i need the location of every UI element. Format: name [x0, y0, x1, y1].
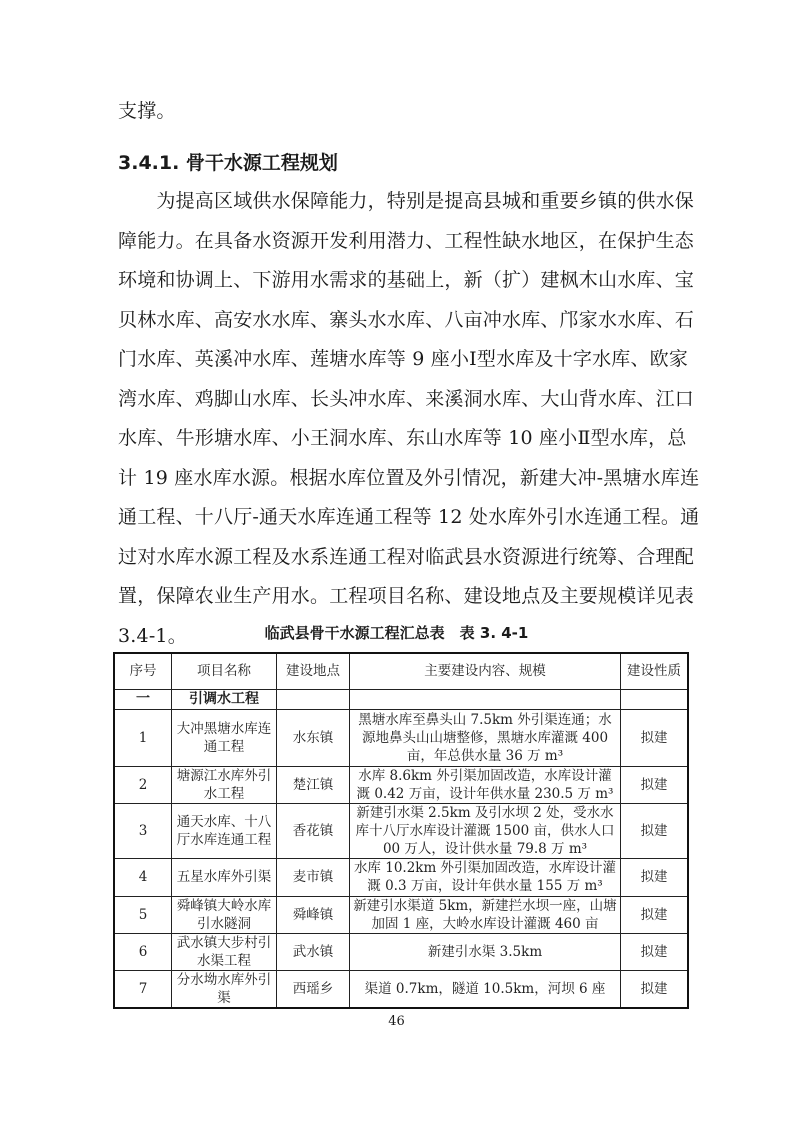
paragraph-line: 障能力。在具备水资源开发利用潜力、工程性缺水地区，在保护生态 [118, 222, 684, 262]
row-type: 拟建 [621, 766, 689, 803]
body-paragraph: 为提高区域供水保障能力，特别是提高县城和重要乡镇的供水保 障能力。在具备水资源开… [118, 182, 684, 656]
intro-line: 支撑。 [118, 92, 684, 132]
row-content: 水库 8.6km 外引渠加固改造，水库设计灌溉 0.42 万亩，设计年供水量 2… [350, 766, 621, 803]
row-project-name: 大冲黑塘水库连通工程 [172, 709, 277, 766]
paragraph-line: 为提高区域供水保障能力，特别是提高县城和重要乡镇的供水保 [118, 182, 684, 222]
row-location: 香花镇 [277, 803, 350, 858]
row-location: 水东镇 [277, 709, 350, 766]
header-content: 主要建设内容、规模 [350, 653, 621, 689]
paragraph-line: 水库、牛形塘水库、小王洞水库、东山水库等 10 座小Ⅱ型水库，总 [118, 419, 684, 459]
intro-text: 支撑。 [118, 92, 684, 132]
row-index: 1 [114, 709, 172, 766]
row-index: 2 [114, 766, 172, 803]
table-row: 7 分水坳水库外引渠 西瑶乡 渠道 0.7km，隧道 10.5km，河坝 6 座… [114, 970, 688, 1008]
empty-cell [350, 689, 621, 709]
row-project-name: 五星水库外引渠 [172, 858, 277, 896]
row-index: 5 [114, 896, 172, 933]
row-location: 舜峰镇 [277, 896, 350, 933]
row-index: 6 [114, 933, 172, 970]
paragraph-line: 环境和协调上、下游用水需求的基础上，新（扩）建枫木山水库、宝 [118, 261, 684, 301]
paragraph-line: 计 19 座水库水源。根据水库位置及外引情况，新建大冲-黑塘水库连 [118, 459, 684, 499]
row-index: 7 [114, 970, 172, 1008]
paragraph-line: 贝林水库、高安水水库、寨头水水库、八亩冲水库、邝家水水库、石 [118, 301, 684, 341]
paragraph-line: 湾水库、鸡脚山水库、长头冲水库、来溪洞水库、大山背水库、江口 [118, 380, 684, 420]
paragraph-line: 置，保障农业生产用水。工程项目名称、建设地点及主要规模详见表 [118, 577, 684, 617]
header-location: 建设地点 [277, 653, 350, 689]
row-content: 渠道 0.7km，隧道 10.5km，河坝 6 座 [350, 970, 621, 1008]
row-content: 黑塘水库至鼻头山 7.5km 外引渠连通；水源地鼻头山山塘整修，黑塘水库灌溉 4… [350, 709, 621, 766]
row-project-name: 武水镇大步村引水渠工程 [172, 933, 277, 970]
paragraph-line: 通工程、十八厅-通天水库连通工程等 12 处水库外引水连通工程。通 [118, 498, 684, 538]
row-content: 新建引水渠道 5km，新建拦水坝一座，山塘加固 1 座，大岭水库设计灌溉 460… [350, 896, 621, 933]
section-index: 一 [114, 689, 172, 709]
row-project-name: 分水坳水库外引渠 [172, 970, 277, 1008]
row-type: 拟建 [621, 933, 689, 970]
row-location: 西瑶乡 [277, 970, 350, 1008]
section-name: 引调水工程 [172, 689, 277, 709]
empty-cell [621, 689, 689, 709]
page-number: 46 [0, 1014, 793, 1029]
table-caption: 临武县骨干水源工程汇总表 表 3. 4-1 [0, 622, 793, 643]
header-index: 序号 [114, 653, 172, 689]
table-row: 4 五星水库外引渠 麦市镇 水库 10.2km 外引渠加固改造，水库设计灌溉 0… [114, 858, 688, 896]
table-header-row: 序号 项目名称 建设地点 主要建设内容、规模 建设性质 [114, 653, 688, 689]
row-type: 拟建 [621, 858, 689, 896]
row-type: 拟建 [621, 709, 689, 766]
row-index: 4 [114, 858, 172, 896]
row-location: 麦市镇 [277, 858, 350, 896]
row-location: 楚江镇 [277, 766, 350, 803]
table-section-row: 一 引调水工程 [114, 689, 688, 709]
row-project-name: 通天水库、十八厅水库连通工程 [172, 803, 277, 858]
paragraph-line: 过对水库水源工程及水系连通工程对临武县水资源进行统筹、合理配 [118, 538, 684, 578]
section-heading: 3.4.1. 骨干水源工程规划 [118, 148, 338, 175]
water-source-table: 序号 项目名称 建设地点 主要建设内容、规模 建设性质 一 引调水工程 1 大冲… [113, 652, 689, 1009]
table-row: 5 舜峰镇大岭水库引水隧洞 舜峰镇 新建引水渠道 5km，新建拦水坝一座，山塘加… [114, 896, 688, 933]
row-content: 新建引水渠 2.5km 及引水坝 2 处，受水水库十八厅水库设计灌溉 1500 … [350, 803, 621, 858]
row-location: 武水镇 [277, 933, 350, 970]
row-project-name: 舜峰镇大岭水库引水隧洞 [172, 896, 277, 933]
empty-cell [277, 689, 350, 709]
row-type: 拟建 [621, 970, 689, 1008]
row-content: 水库 10.2km 外引渠加固改造，水库设计灌溉 0.3 万亩，设计年供水量 1… [350, 858, 621, 896]
document-page: 支撑。 3.4.1. 骨干水源工程规划 为提高区域供水保障能力，特别是提高县城和… [0, 0, 793, 1122]
table-row: 3 通天水库、十八厅水库连通工程 香花镇 新建引水渠 2.5km 及引水坝 2 … [114, 803, 688, 858]
row-project-name: 塘源江水库外引水工程 [172, 766, 277, 803]
row-type: 拟建 [621, 803, 689, 858]
table-row: 6 武水镇大步村引水渠工程 武水镇 新建引水渠 3.5km 拟建 [114, 933, 688, 970]
table-row: 2 塘源江水库外引水工程 楚江镇 水库 8.6km 外引渠加固改造，水库设计灌溉… [114, 766, 688, 803]
table-row: 1 大冲黑塘水库连通工程 水东镇 黑塘水库至鼻头山 7.5km 外引渠连通；水源… [114, 709, 688, 766]
row-index: 3 [114, 803, 172, 858]
header-project-name: 项目名称 [172, 653, 277, 689]
row-content: 新建引水渠 3.5km [350, 933, 621, 970]
row-type: 拟建 [621, 896, 689, 933]
paragraph-line: 门水库、英溪冲水库、莲塘水库等 9 座小Ⅰ型水库及十字水库、欧家 [118, 340, 684, 380]
header-type: 建设性质 [621, 653, 689, 689]
